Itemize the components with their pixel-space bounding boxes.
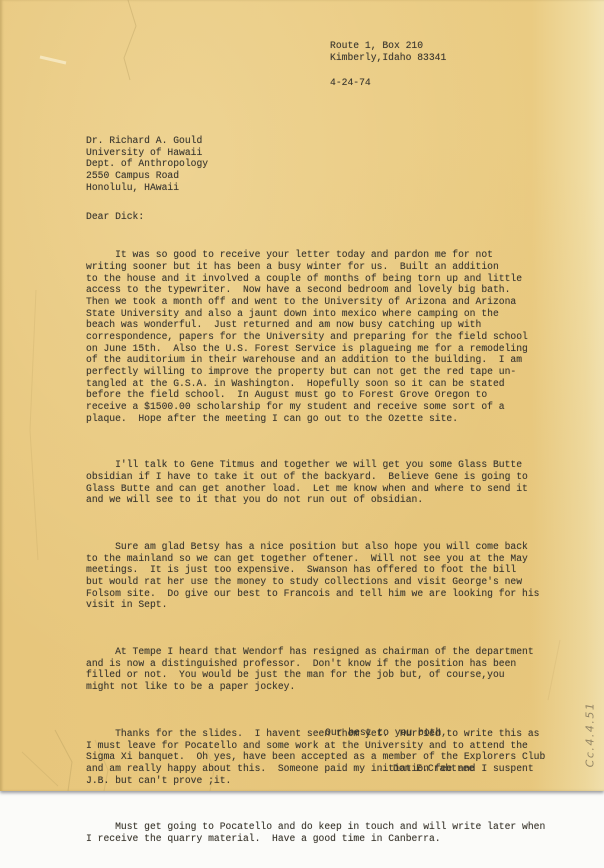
signature: Don E.Crabtree	[393, 763, 474, 775]
letter-page: Route 1, Box 210 Kimberly,Idaho 83341 4-…	[0, 0, 604, 791]
paragraph-4: At Tempe I heard that Wendorf has resign…	[86, 646, 566, 693]
paragraph-2: I'll talk to Gene Titmus and together we…	[86, 459, 566, 506]
recipient-address: Dr. Richard A. Gould University of Hawai…	[86, 135, 208, 193]
salutation: Dear Dick:	[86, 211, 144, 223]
letter-date: 4-24-74	[330, 77, 371, 89]
handwritten-catalog-number: Cc.4.4.51	[584, 685, 597, 785]
letter-body: It was so good to receive your letter to…	[86, 226, 566, 800]
paragraph-1: It was so good to receive your letter to…	[86, 249, 566, 424]
sender-address: Route 1, Box 210 Kimberly,Idaho 83341	[330, 40, 446, 63]
closing-line: Our best to you both,	[325, 727, 447, 739]
paragraph-3: Sure am glad Betsy has a nice position b…	[86, 541, 566, 611]
